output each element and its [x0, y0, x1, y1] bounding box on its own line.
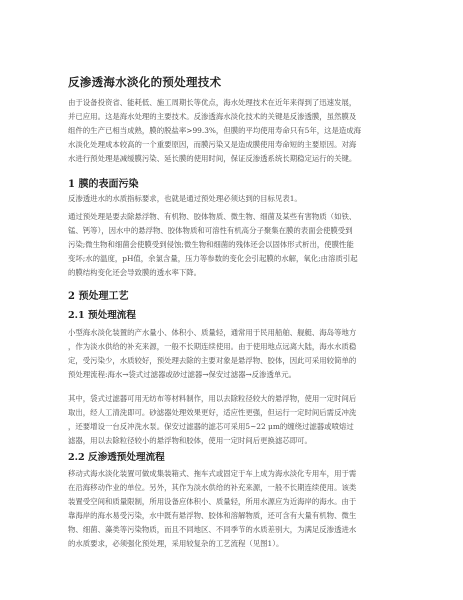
text-line: 滤器，用以去除粒径较小的悬浮物和胶体，使用一定时间后更换滤芯即可。: [68, 434, 398, 448]
text-line: 的膜结构变化还会导致膜的透水率下降。: [68, 266, 398, 280]
text-line: 通过预处理是要去除悬浮物、有机物、胶体物质、微生物、细菌及某些有害物质（如铁、: [68, 210, 398, 224]
text-line: 锰、钙等），因水中的悬浮物、胶体物质和可溶性有机高分子聚集在膜的表面会使膜受到: [68, 224, 398, 238]
text-line: 水进行预处理是减缓膜污染、延长膜的使用时间，保证反渗透系统长期稳定运行的关键。: [68, 152, 398, 166]
subsection-heading-2-1: 2.1 预处理流程: [68, 307, 136, 321]
text-line: ，作为淡水供给的补充来源，一般不长期连续使用。由于使用地点远离大陆，海水水质稳: [68, 340, 398, 354]
document-title: 反渗透海水淡化的预处理技术: [68, 74, 221, 90]
section-heading-1: 1 膜的表面污染: [68, 175, 138, 190]
section1-paragraph-1: 反渗透进水的水质指标要求，也就是通过预处理必须达到的目标见表1。: [68, 192, 398, 206]
text-line: 小型海水淡化装置的产水量小、体积小、质量轻，通常用于民用船舶、舰艇、海岛等地方: [68, 326, 398, 340]
text-line: 反渗透进水的水质指标要求，也就是通过预处理必须达到的目标见表1。: [68, 192, 398, 206]
text-line: 定，受污染少，水质较好，预处理去除的主要对象是悬浮物、胶体，因此可采用较简单的: [68, 354, 398, 368]
subsection-2-1-paragraph-1: 小型海水淡化装置的产水量小、体积小、质量轻，通常用于民用船舶、舰艇、海岛等地方 …: [68, 326, 398, 382]
intro-paragraph: 由于设备投资省、能耗低、施工周期长等优点，海水处理技术在近年来得到了迅速发展， …: [68, 96, 398, 166]
text-line: 变坏;水的温度，pH值，余氯含量，压力等参数的变化会引起膜的水解，氧化;由溶质引…: [68, 252, 398, 266]
subsection-2-2-paragraph-1: 移动式海水淡化装置可做成集装箱式、拖车式或固定于车上成为海水淡化专用车，用于需 …: [68, 467, 398, 550]
section1-paragraph-2: 通过预处理是要去除悬浮物、有机物、胶体物质、微生物、细菌及某些有害物质（如铁、 …: [68, 210, 398, 280]
text-line: 取出，经人工清洗即可。砂滤器处理效果更好，适应性更强，但运行一定时间后需反冲洗: [68, 406, 398, 420]
text-line: 组件的生产已相当成熟，膜的脱盐率>99.3%，但膜的平均使用寿命只有5年，这是造…: [68, 124, 398, 138]
text-line: 其中，袋式过滤器可用无纺布等材料制作，用以去除粒径较大的悬浮物，使用一定时间后: [68, 392, 398, 406]
subsection-2-1-paragraph-2: 其中，袋式过滤器可用无纺布等材料制作，用以去除粒径较大的悬浮物，使用一定时间后 …: [68, 392, 398, 448]
text-line: 由于设备投资省、能耗低、施工周期长等优点，海水处理技术在近年来得到了迅速发展，: [68, 96, 398, 110]
subsection-heading-2-2: 2.2 反渗透预处理流程: [68, 449, 165, 463]
text-line: ，还要增设一台反冲洗水泵。保安过滤器的滤芯可采用5~22 μm的缠绕过滤器或喷熔…: [68, 420, 398, 434]
text-line: 水淡化处理成本较高的一个重要原因，而膜污染又是造成膜使用寿命短的主要原因。对海: [68, 138, 398, 152]
text-line: 预处理流程:海水→袋式过滤器或砂过滤器→保安过滤器→反渗透单元。: [68, 368, 398, 382]
text-line: 在沿海移动作业的单位。另外，其作为淡水供给的补充来源，一般不长期连续使用。该类: [68, 481, 398, 495]
text-line: 污染;微生物和细菌会使膜受到侵蚀;微生物和细菌的残体还会以固体形式析出，使膜性能: [68, 238, 398, 252]
text-line: 并已应用。这是海水处理的主要技术。反渗透海水淡化技术的关键是反渗透膜，虽然膜及: [68, 110, 398, 124]
section-heading-2: 2 预处理工艺: [68, 287, 128, 302]
text-line: 移动式海水淡化装置可做成集装箱式、拖车式或固定于车上成为海水淡化专用车，用于需: [68, 467, 398, 481]
text-line: 物、细菌、藻类等污染物质，而且不同地区、不同季节的水质差别大，为满足反渗透进水: [68, 523, 398, 537]
text-line: 装置受空间和质量限制，所用设备应体积小、质量轻，所用水源应为近海岸的海水。由于: [68, 495, 398, 509]
text-line: 靠海岸的海水易受污染，水中既有悬浮物、胶体和溶解物质，还可含有大量有机物、微生: [68, 509, 398, 523]
text-line: 的水质要求，必须强化预处理，采用较复杂的工艺流程（见图1）。: [68, 537, 398, 551]
